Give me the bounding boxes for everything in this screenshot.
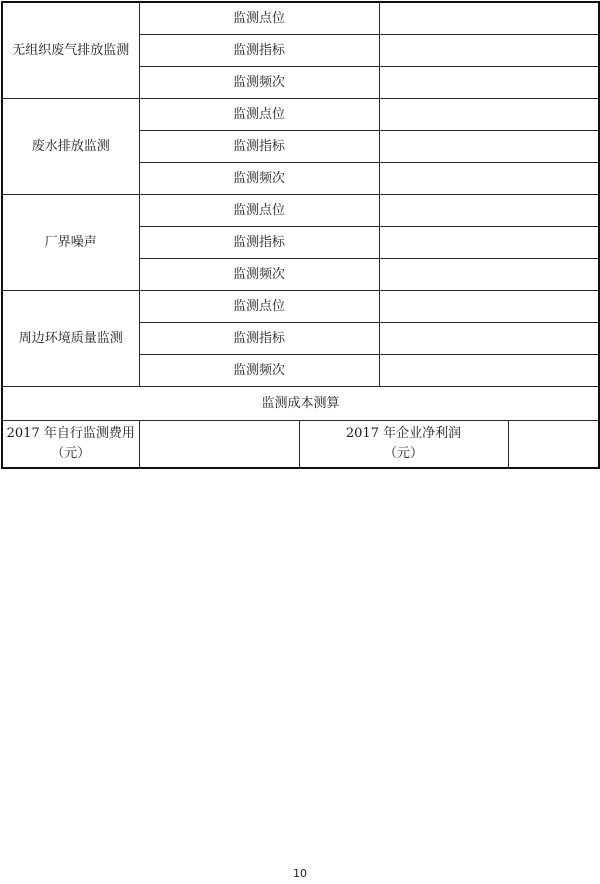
cost-section-title: 监测成本测算 — [2, 387, 599, 421]
net-profit-value[interactable] — [508, 421, 599, 469]
value-cell[interactable] — [379, 163, 599, 195]
value-cell[interactable] — [379, 227, 599, 259]
value-cell[interactable] — [379, 35, 599, 67]
table-row: 厂界噪声 监测点位 — [2, 195, 599, 227]
row-label: 监测指标 — [139, 323, 379, 355]
monitoring-form: 无组织废气排放监测 监测点位 监测指标 监测频次 废水排放监测 监测点位 监测指… — [1, 1, 598, 469]
value-cell[interactable] — [379, 259, 599, 291]
self-monitoring-cost-label: 2017 年自行监测费用 （元） — [2, 421, 139, 469]
self-monitoring-cost-label-line1: 2017 年自行监测费用 — [3, 424, 139, 444]
row-label: 监测指标 — [139, 131, 379, 163]
value-cell[interactable] — [379, 131, 599, 163]
table-row: 周边环境质量监测 监测点位 — [2, 291, 599, 323]
value-cell[interactable] — [379, 195, 599, 227]
value-cell[interactable] — [379, 323, 599, 355]
value-cell[interactable] — [379, 355, 599, 387]
value-cell[interactable] — [379, 2, 599, 35]
row-label: 监测频次 — [139, 163, 379, 195]
row-label: 监测频次 — [139, 67, 379, 99]
net-profit-label: 2017 年企业净利润 （元） — [299, 421, 508, 469]
group-label-fugitive-gas: 无组织废气排放监测 — [2, 2, 139, 99]
monitoring-table: 无组织废气排放监测 监测点位 监测指标 监测频次 废水排放监测 监测点位 监测指… — [1, 1, 600, 469]
row-label: 监测指标 — [139, 35, 379, 67]
page-number: 10 — [0, 867, 600, 880]
net-profit-label-line1: 2017 年企业净利润 — [300, 424, 508, 444]
table-row: 监测成本测算 — [2, 387, 599, 421]
self-monitoring-cost-value[interactable] — [139, 421, 299, 469]
value-cell[interactable] — [379, 99, 599, 131]
table-row: 无组织废气排放监测 监测点位 — [2, 2, 599, 35]
net-profit-label-line2: （元） — [300, 444, 508, 464]
group-label-boundary-noise: 厂界噪声 — [2, 195, 139, 291]
row-label: 监测点位 — [139, 291, 379, 323]
row-label: 监测点位 — [139, 2, 379, 35]
row-label: 监测频次 — [139, 355, 379, 387]
row-label: 监测频次 — [139, 259, 379, 291]
row-label: 监测点位 — [139, 195, 379, 227]
group-label-wastewater: 废水排放监测 — [2, 99, 139, 195]
table-row: 2017 年自行监测费用 （元） 2017 年企业净利润 （元） — [2, 421, 599, 469]
table-row: 废水排放监测 监测点位 — [2, 99, 599, 131]
row-label: 监测点位 — [139, 99, 379, 131]
group-label-ambient-quality: 周边环境质量监测 — [2, 291, 139, 387]
value-cell[interactable] — [379, 67, 599, 99]
row-label: 监测指标 — [139, 227, 379, 259]
value-cell[interactable] — [379, 291, 599, 323]
self-monitoring-cost-label-line2: （元） — [3, 444, 139, 464]
